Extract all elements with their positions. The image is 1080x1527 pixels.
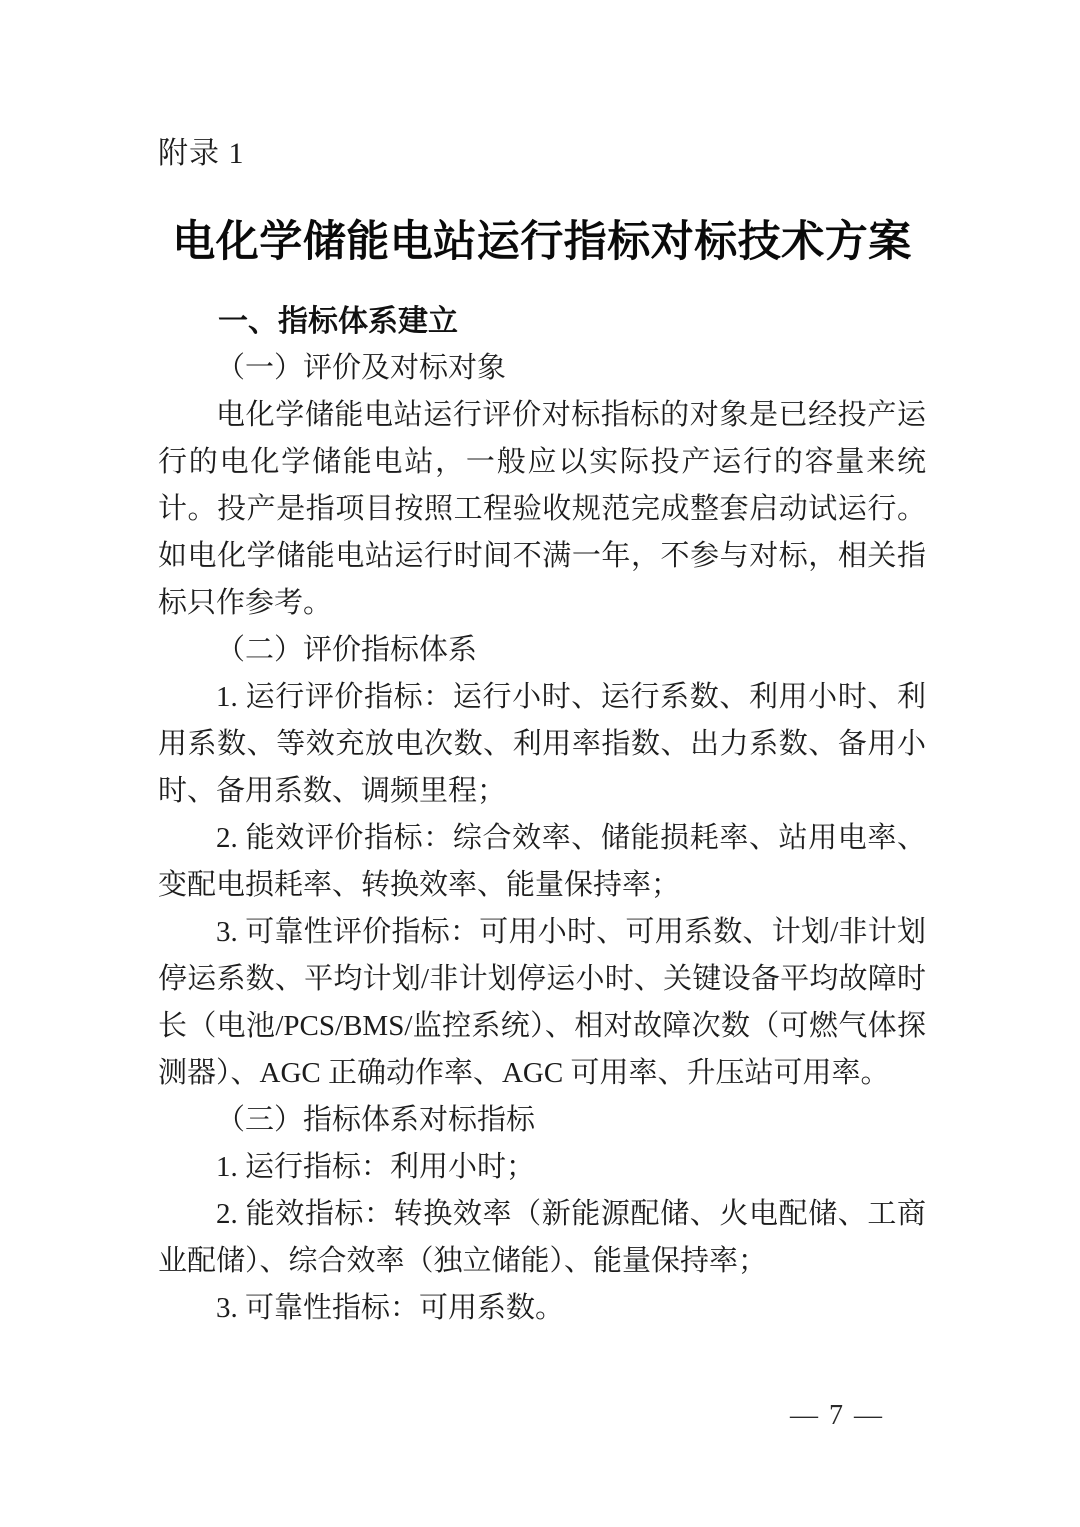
- subsection-heading-2: （二）评价指标体系: [158, 627, 926, 674]
- document-body: 一、指标体系建立 （一）评价及对标对象 电化学储能电站运行评价对标指标的对象是已…: [158, 298, 926, 1332]
- document-page: 附录 1 电化学储能电站运行指标对标技术方案 一、指标体系建立 （一）评价及对标…: [0, 0, 1080, 1527]
- list-item-paragraph: 2. 能效评价指标：综合效率、储能损耗率、站用电率、变配电损耗率、转换效率、能量…: [158, 815, 926, 909]
- list-item-paragraph: 1. 运行指标：利用小时；: [158, 1144, 926, 1191]
- document-content: 附录 1 电化学储能电站运行指标对标技术方案 一、指标体系建立 （一）评价及对标…: [158, 0, 926, 1332]
- document-title: 电化学储能电站运行指标对标技术方案: [158, 216, 926, 270]
- subsection-heading-1: （一）评价及对标对象: [158, 345, 926, 392]
- list-item-paragraph: 1. 运行评价指标：运行小时、运行系数、利用小时、利用系数、等效充放电次数、利用…: [158, 674, 926, 815]
- appendix-label: 附录 1: [158, 134, 926, 174]
- body-paragraph: 电化学储能电站运行评价对标指标的对象是已经投产运行的电化学储能电站，一般应以实际…: [158, 392, 926, 627]
- page-number: — 7 —: [790, 1398, 884, 1434]
- list-item-paragraph: 2. 能效指标：转换效率（新能源配储、火电配储、工商业配储）、综合效率（独立储能…: [158, 1191, 926, 1285]
- list-item-paragraph: 3. 可靠性指标：可用系数。: [158, 1285, 926, 1332]
- section-heading-1: 一、指标体系建立: [158, 298, 926, 345]
- list-item-paragraph: 3. 可靠性评价指标：可用小时、可用系数、计划/非计划停运系数、平均计划/非计划…: [158, 909, 926, 1097]
- subsection-heading-3: （三）指标体系对标指标: [158, 1097, 926, 1144]
